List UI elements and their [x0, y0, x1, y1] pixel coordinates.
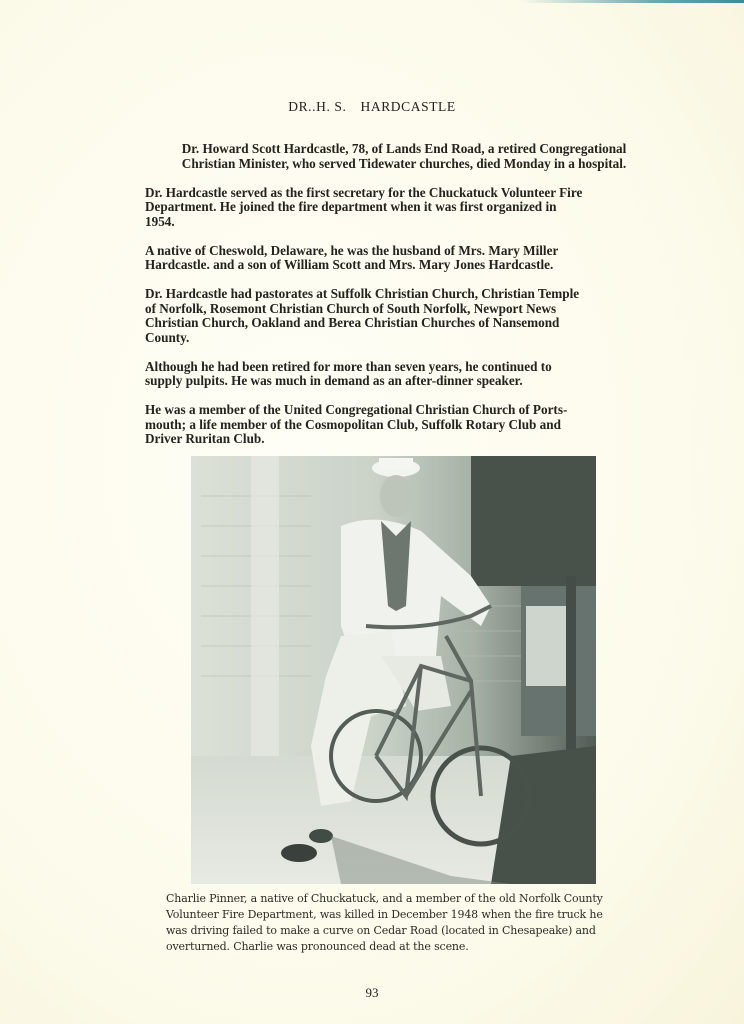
text-line: of Norfolk, Rosemont Christian Church of… — [145, 302, 665, 317]
caption-line: Charlie Pinner, a native of Chuckatuck, … — [166, 891, 626, 907]
page-title: DR..H. S. HARDCASTLE — [0, 99, 744, 115]
text-line: Department. He joined the fire departmen… — [145, 200, 665, 215]
paragraph-fire-department: Dr. Hardcastle served as the first secre… — [145, 186, 665, 230]
text-line: 1954. — [145, 215, 665, 230]
text-line: Driver Ruritan Club. — [145, 432, 665, 447]
page-number: 93 — [0, 985, 744, 1001]
obituary-body: Dr. Howard Scott Hardcastle, 78, of Land… — [145, 142, 665, 461]
paragraph-intro: Dr. Howard Scott Hardcastle, 78, of Land… — [139, 142, 669, 171]
text-line: Christian Church, Oakland and Berea Chri… — [145, 316, 665, 331]
caption-line: Volunteer Fire Department, was killed in… — [166, 907, 626, 923]
text-line: Hardcastle. and a son of William Scott a… — [145, 258, 665, 273]
title-initials: DR..H. S. — [288, 99, 346, 114]
scan-edge — [0, 0, 744, 3]
paragraph-pastorates: Dr. Hardcastle had pastorates at Suffolk… — [145, 287, 665, 345]
paragraph-family: A native of Cheswold, Delaware, he was t… — [145, 244, 665, 273]
title-surname: HARDCASTLE — [361, 99, 456, 114]
text-line: mouth; a life member of the Cosmopolitan… — [145, 418, 665, 433]
text-line: He was a member of the United Congregati… — [145, 403, 665, 418]
text-line: Dr. Hardcastle served as the first secre… — [145, 186, 665, 201]
text-line: Dr. Howard Scott Hardcastle, 78, of Land… — [139, 142, 669, 157]
paragraph-memberships: He was a member of the United Congregati… — [145, 403, 665, 447]
text-line: Although he had been retired for more th… — [145, 360, 665, 375]
text-line: County. — [145, 331, 665, 346]
paragraph-retirement: Although he had been retired for more th… — [145, 360, 665, 389]
sailor-bicycle-photo — [191, 456, 596, 884]
text-line: Christian Minister, who served Tidewater… — [139, 157, 669, 172]
text-line: Dr. Hardcastle had pastorates at Suffolk… — [145, 287, 665, 302]
text-line: supply pulpits. He was much in demand as… — [145, 374, 665, 389]
text-line: A native of Cheswold, Delaware, he was t… — [145, 244, 665, 259]
caption-line: was driving failed to make a curve on Ce… — [166, 923, 626, 939]
caption-line: overturned. Charlie was pronounced dead … — [166, 939, 626, 955]
document-page: DR..H. S. HARDCASTLE Dr. Howard Scott Ha… — [0, 0, 744, 1024]
photo-caption: Charlie Pinner, a native of Chuckatuck, … — [166, 891, 626, 955]
